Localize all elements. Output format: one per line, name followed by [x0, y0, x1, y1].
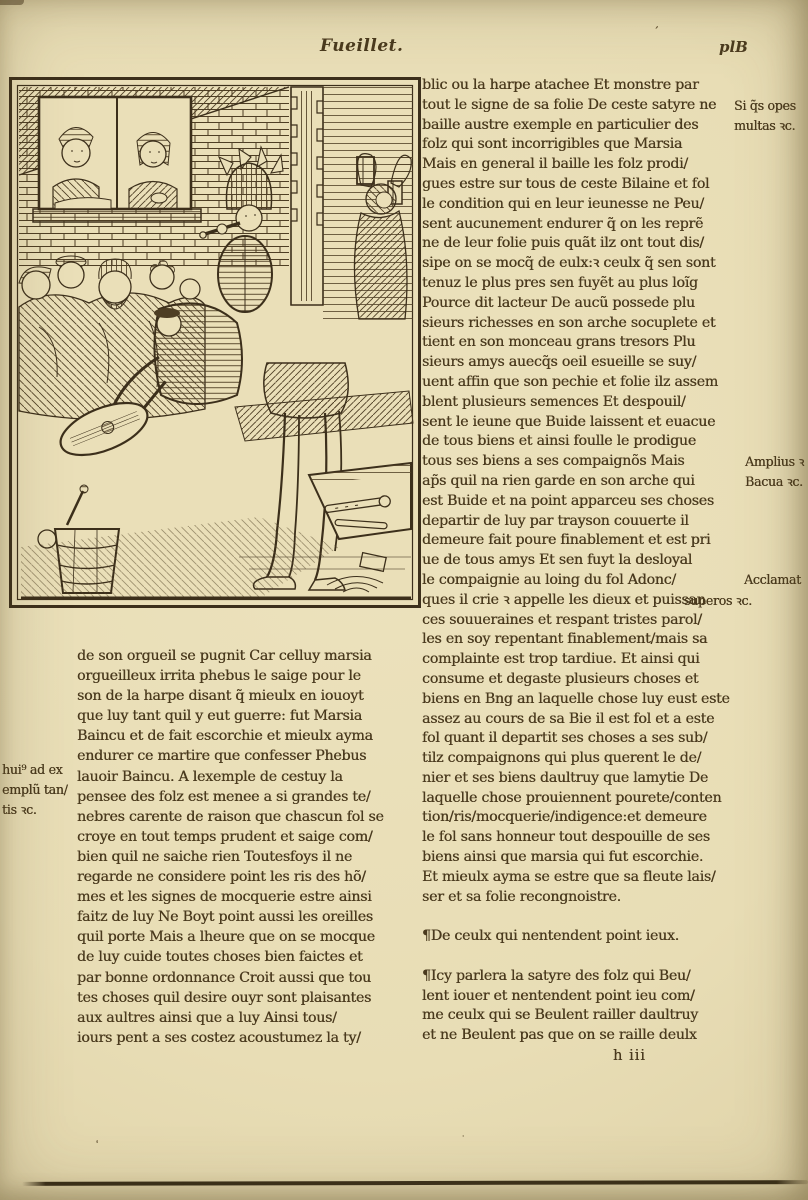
text-line: Baincu et de fait escorchie et mieulx ay… [77, 726, 429, 746]
text-line: les en soy repentant finablement/mais sa [422, 630, 742, 650]
text-line: sent le ieune que Buide laissent et euac… [422, 413, 742, 433]
text-line: baille austre exemple en particulier des [422, 116, 742, 136]
page-bottom-edge-line [22, 1180, 808, 1186]
margin-note-right-low-latin-line1: Acclamat [744, 572, 801, 587]
text-line: son de la harpe disant q̃ mieulx en iouo… [77, 686, 429, 706]
woodcut-illustration [9, 77, 421, 608]
margin-note-right-top-latin: Si q̃s opesmultas ꝛc. [734, 96, 796, 136]
text-line: orgueilleux irrita phebus le saige pour … [77, 666, 429, 686]
text-line: hui⁹ ad ex [2, 760, 76, 780]
text-line: tis ꝛc. [2, 800, 76, 820]
text-line: laquelle chose prouiennent pourete/conte… [422, 789, 742, 809]
text-line: nier et ses biens daultruy que lamytie D… [422, 769, 742, 789]
text-line: blent plusieurs semences Et despouil/ [422, 393, 742, 413]
running-title: Fueillet. [320, 36, 403, 56]
text-line: ces souueraines et respant tristes parol… [422, 611, 742, 631]
text-line: par bonne ordonnance Croit aussi que tou [77, 968, 429, 988]
left-text-column: de son orgueil se pugnit Car celluy mars… [77, 646, 429, 1048]
text-line: sieurs richesses en son arche socuplete … [422, 314, 742, 334]
text-line: Bacua ꝛc. [745, 472, 804, 492]
text-line: complainte est trop tardiue. Et ainsi qu… [422, 650, 742, 670]
text-line: est Buide et na point apparceu ses chose… [422, 492, 742, 512]
text-line: de tous biens et ainsi foulle le prodigu… [422, 432, 742, 452]
text-line: ue de tous amys Et sen fuyt la desloyal [422, 551, 742, 571]
ink-speck: ’ [652, 24, 659, 37]
text-line: demeure fait poure finablement et est pr… [422, 531, 742, 551]
text-line: ¶Icy parlera la satyre des folz qui Beu/ [422, 967, 742, 987]
text-line: croye en tout temps prudent et saige com… [77, 827, 429, 847]
text-line: le compaignie au loing du fol Adonc/ [422, 571, 742, 591]
text-line: blic ou la harpe atachee Et monstre par [422, 76, 742, 96]
text-line: le condition qui en leur ieunesse ne Peu… [422, 195, 742, 215]
text-line: endurer ce martire que confesser Phebus [77, 746, 429, 766]
text-line: et ne Beulent pas que on se raille deulx [422, 1026, 742, 1046]
text-line: tient en son monceau grans tresors Plu [422, 333, 742, 353]
text-line: sipe on se mocq̃ de eulx:ꝛ ceulx q̃ sen … [422, 254, 742, 274]
text-line [422, 907, 742, 927]
text-line: lent iouer et nentendent point ieu com/ [422, 987, 742, 1007]
right-text-column: blic ou la harpe atachee Et monstre part… [422, 76, 742, 1046]
text-line: assez au cours de sa Bie il est fol et a… [422, 710, 742, 730]
margin-note-right-low-latin-line2: superos ꝛc. [684, 592, 752, 609]
text-line: regarde ne considere point les ris des h… [77, 867, 429, 887]
text-line: Mais en general il baille les folz prodi… [422, 155, 742, 175]
text-line: tes choses quil desire ouyr sont plaisan… [77, 988, 429, 1008]
text-line: que luy tant quil y eut guerre: fut Mars… [77, 706, 429, 726]
text-line: sieurs amys auecq̃s oeil esueille se suy… [422, 353, 742, 373]
book-page-scan: Fueillet. plB [0, 0, 808, 1200]
text-line: biens ainsi que marsia qui fut escorchie… [422, 848, 742, 868]
text-line: multas ꝛc. [734, 116, 796, 136]
margin-note-right-mid-latin: Amplius ꝛBacua ꝛc. [745, 452, 804, 492]
text-line: tous ses biens a ses compaignõs Mais [422, 452, 742, 472]
text-line: ne de leur folie puis quãt ilz ont tout … [422, 234, 742, 254]
text-line: Pource dit lacteur De aucũ possede plu [422, 294, 742, 314]
text-line: le fol sans honneur tout despouille de s… [422, 828, 742, 848]
text-line: bien quil ne saiche rien Toutesfoys il n… [77, 847, 429, 867]
text-line: tion/ris/mocquerie/indigence:et demeure [422, 808, 742, 828]
text-line: gues estre sur tous de ceste Bilaine et … [422, 175, 742, 195]
text-line: me ceulx qui se Beulent railler daultruy [422, 1006, 742, 1026]
text-line: ap̃s quil na rien garde en son arche qui [422, 472, 742, 492]
text-line: quil porte Mais a lheure que on se mocqu… [77, 927, 429, 947]
text-line: departir de luy par trayson couuerte il [422, 512, 742, 532]
margin-note-left-latin: hui⁹ ad exemplũ tan/tis ꝛc. [2, 760, 76, 820]
text-line: tilz compaignons qui plus querent le de/ [422, 749, 742, 769]
text-line [422, 947, 742, 967]
text-line: Amplius ꝛ [745, 452, 804, 472]
text-line: ¶De ceulx qui nentendent point ieux. [422, 927, 742, 947]
text-line: tenuz le plus pres sen fuyẽt au plus loĩ… [422, 274, 742, 294]
text-line: Si q̃s opes [734, 96, 796, 116]
text-line: tout le signe de sa folie De ceste satyr… [422, 96, 742, 116]
text-line: fol quant il departit ses choses a ses s… [422, 729, 742, 749]
ink-speck: . [459, 1130, 472, 1140]
text-line: biens en Bng an laquelle chose luy eust … [422, 690, 742, 710]
quire-signature: h iii [613, 1048, 646, 1064]
text-line: mes et les signes de mocquerie estre ain… [77, 887, 429, 907]
text-line: aux aultres ainsi que a luy Ainsi tous/ [77, 1008, 429, 1028]
text-line: pensee des folz est menee a si grandes t… [77, 787, 429, 807]
text-line: iours pent a ses costez acoustumez la ty… [77, 1028, 429, 1048]
text-line: consume et degaste plusieurs choses et [422, 670, 742, 690]
text-line: Et mieulx ayma se estre que sa fleute la… [422, 868, 742, 888]
text-line: ser et sa folie recongnoistre. [422, 888, 742, 908]
folio-number: plB [719, 38, 748, 56]
text-line: de son orgueil se pugnit Car celluy mars… [77, 646, 429, 666]
text-line: de luy cuide toutes choses bien faictes … [77, 947, 429, 967]
text-line: faitz de luy Ne Boyt point aussi les ore… [77, 907, 429, 927]
text-line: lauoir Baincu. A lexemple de cestuy la [77, 767, 429, 787]
text-line: uent affin que son pechie et folie ilz a… [422, 373, 742, 393]
text-line: folz qui sont incorrigibles que Marsia [422, 135, 742, 155]
text-line: sent aucunement endurer q̃ on les reprẽ [422, 215, 742, 235]
scan-corner-mark [0, 0, 24, 5]
text-line: emplũ tan/ [2, 780, 76, 800]
text-line: nebres carente de raison que chascun fol… [77, 807, 429, 827]
ink-speck: ’ [91, 1132, 100, 1145]
